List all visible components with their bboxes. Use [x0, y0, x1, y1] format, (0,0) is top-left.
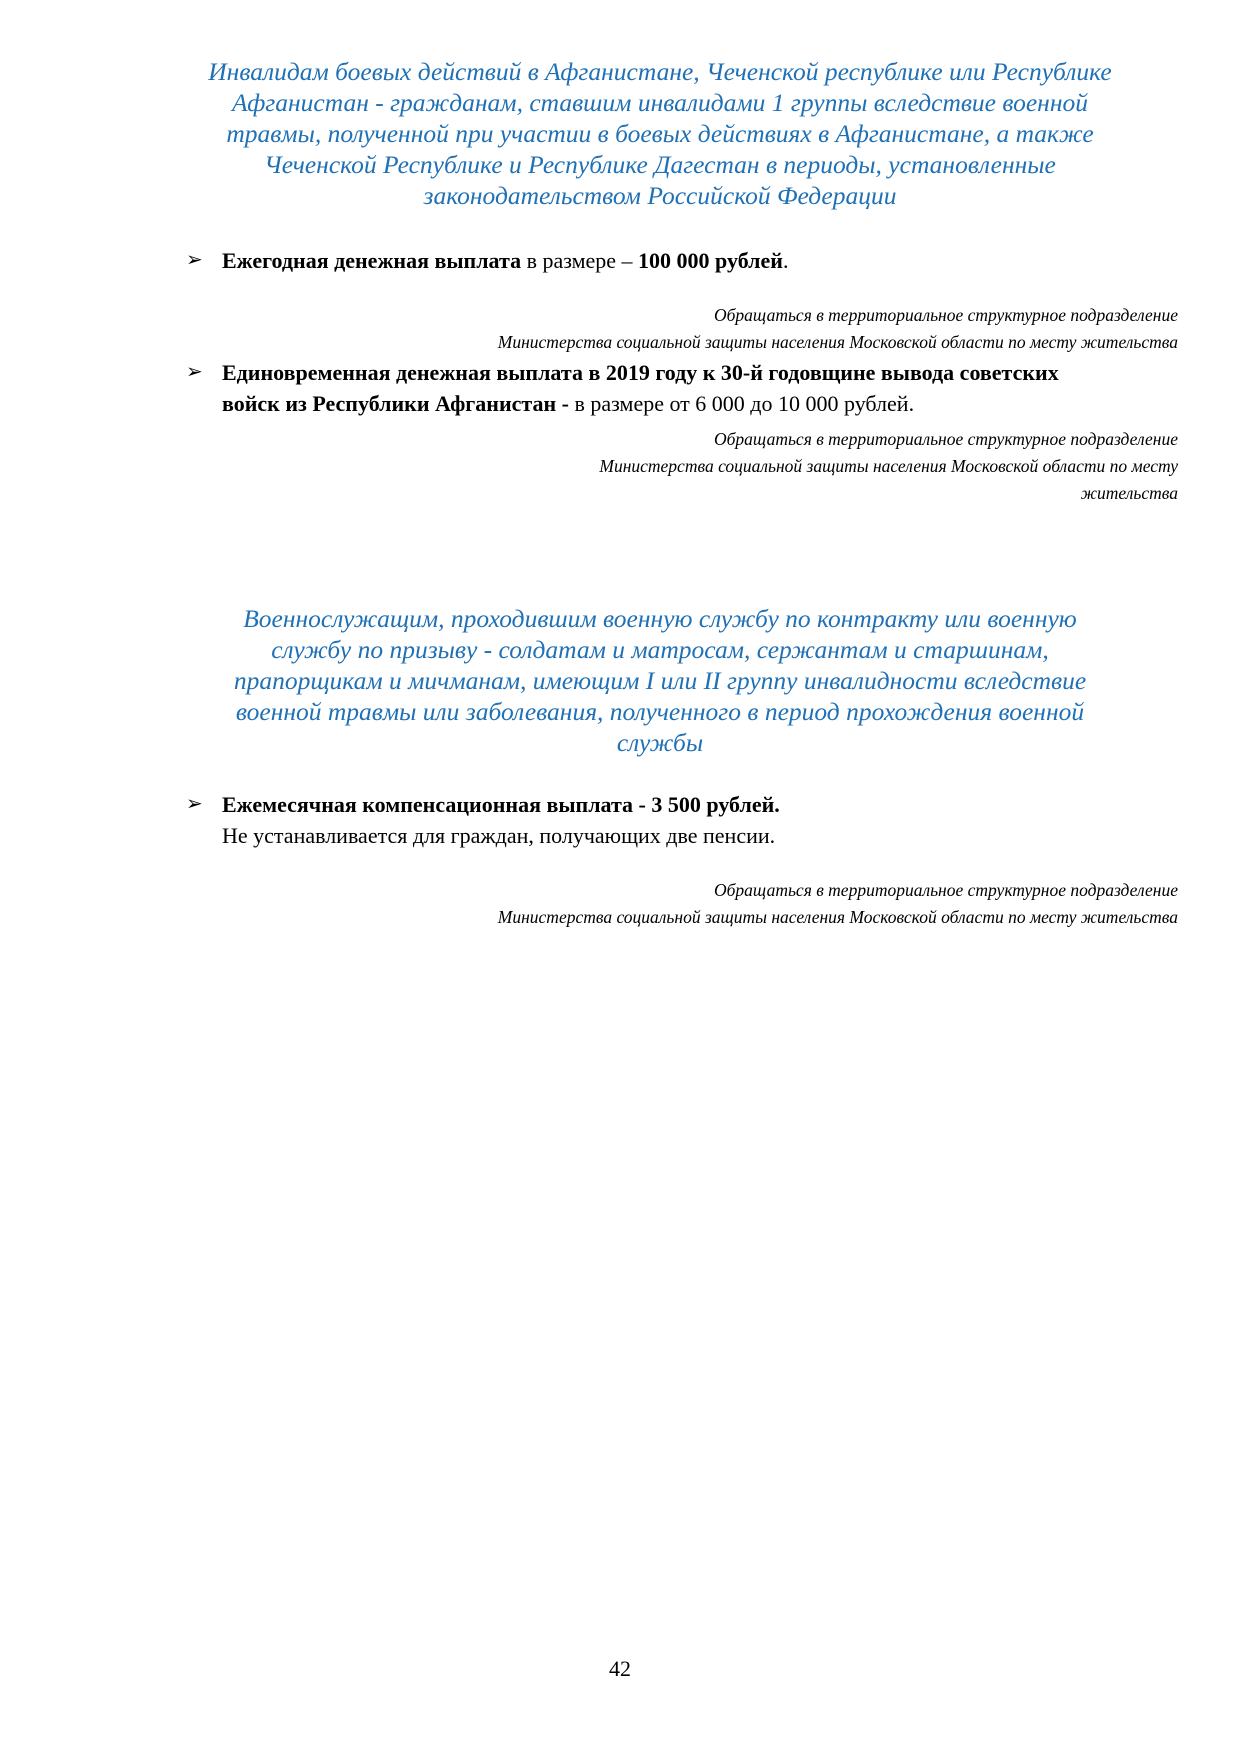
note-line: Министерства социальной защиты населения…: [498, 904, 1178, 931]
payment-mid: в размере –: [521, 248, 638, 273]
note-line: Обращаться в территориальное структурное…: [498, 302, 1178, 329]
note-line: жительства: [599, 480, 1178, 507]
heading-line: Чеченской Республике и Республике Дагест…: [150, 149, 1170, 180]
heading-line: Военнослужащим, проходившим военную служ…: [150, 603, 1170, 634]
page-number: 42: [0, 1656, 1240, 1682]
payment-label: Ежегодная денежная выплата: [222, 248, 521, 273]
payment-label: Ежемесячная компенсационная выплата - 3 …: [222, 792, 780, 817]
contact-note-3: Обращаться в территориальное структурное…: [498, 877, 1178, 931]
heading-line: законодательством Российской Федерации: [150, 180, 1170, 211]
contact-note-2: Обращаться в территориальное структурное…: [599, 426, 1178, 507]
arrow-bullet-icon: ➢: [186, 789, 206, 820]
heading-line: Афганистан - гражданам, ставшим инвалида…: [150, 87, 1170, 118]
payment-label-cont: войск из Республики Афганистан -: [222, 391, 574, 416]
payment-label: Единовременная денежная выплата в 2019 г…: [222, 360, 1059, 385]
note-line: Министерства социальной защиты населения…: [498, 329, 1178, 356]
heading-line: травмы, полученной при участии в боевых …: [150, 118, 1170, 149]
payment-condition: Не устанавливается для граждан, получающ…: [222, 823, 775, 848]
payment-amount-range: в размере от 6 000 до 10 000 рублей.: [574, 391, 914, 416]
bullet-onetime-payment: ➢ Единовременная денежная выплата в 2019…: [186, 357, 1186, 419]
heading-line: прапорщикам и мичманам, имеющим I или II…: [150, 665, 1170, 696]
bullet-annual-payment: ➢ Ежегодная денежная выплата в размере –…: [186, 245, 1186, 276]
punctuation: .: [783, 248, 789, 273]
heading-line: военной травмы или заболевания, полученн…: [150, 696, 1170, 727]
contact-note-1: Обращаться в территориальное структурное…: [498, 302, 1178, 356]
payment-amount: 100 000 рублей: [638, 248, 783, 273]
arrow-bullet-icon: ➢: [186, 357, 206, 388]
heading-line: службы: [150, 727, 1170, 758]
heading-line: службу по призыву - солдатам и матросам,…: [150, 634, 1170, 665]
heading-line: Инвалидам боевых действий в Афганистане,…: [150, 56, 1170, 87]
section1-heading: Инвалидам боевых действий в Афганистане,…: [150, 56, 1170, 211]
note-line: Министерства социальной защиты населения…: [599, 453, 1178, 480]
arrow-bullet-icon: ➢: [186, 245, 206, 276]
note-line: Обращаться в территориальное структурное…: [599, 426, 1178, 453]
note-line: Обращаться в территориальное структурное…: [498, 877, 1178, 904]
bullet-monthly-compensation: ➢ Ежемесячная компенсационная выплата - …: [186, 789, 1186, 851]
section2-heading: Военнослужащим, проходившим военную служ…: [150, 603, 1170, 758]
